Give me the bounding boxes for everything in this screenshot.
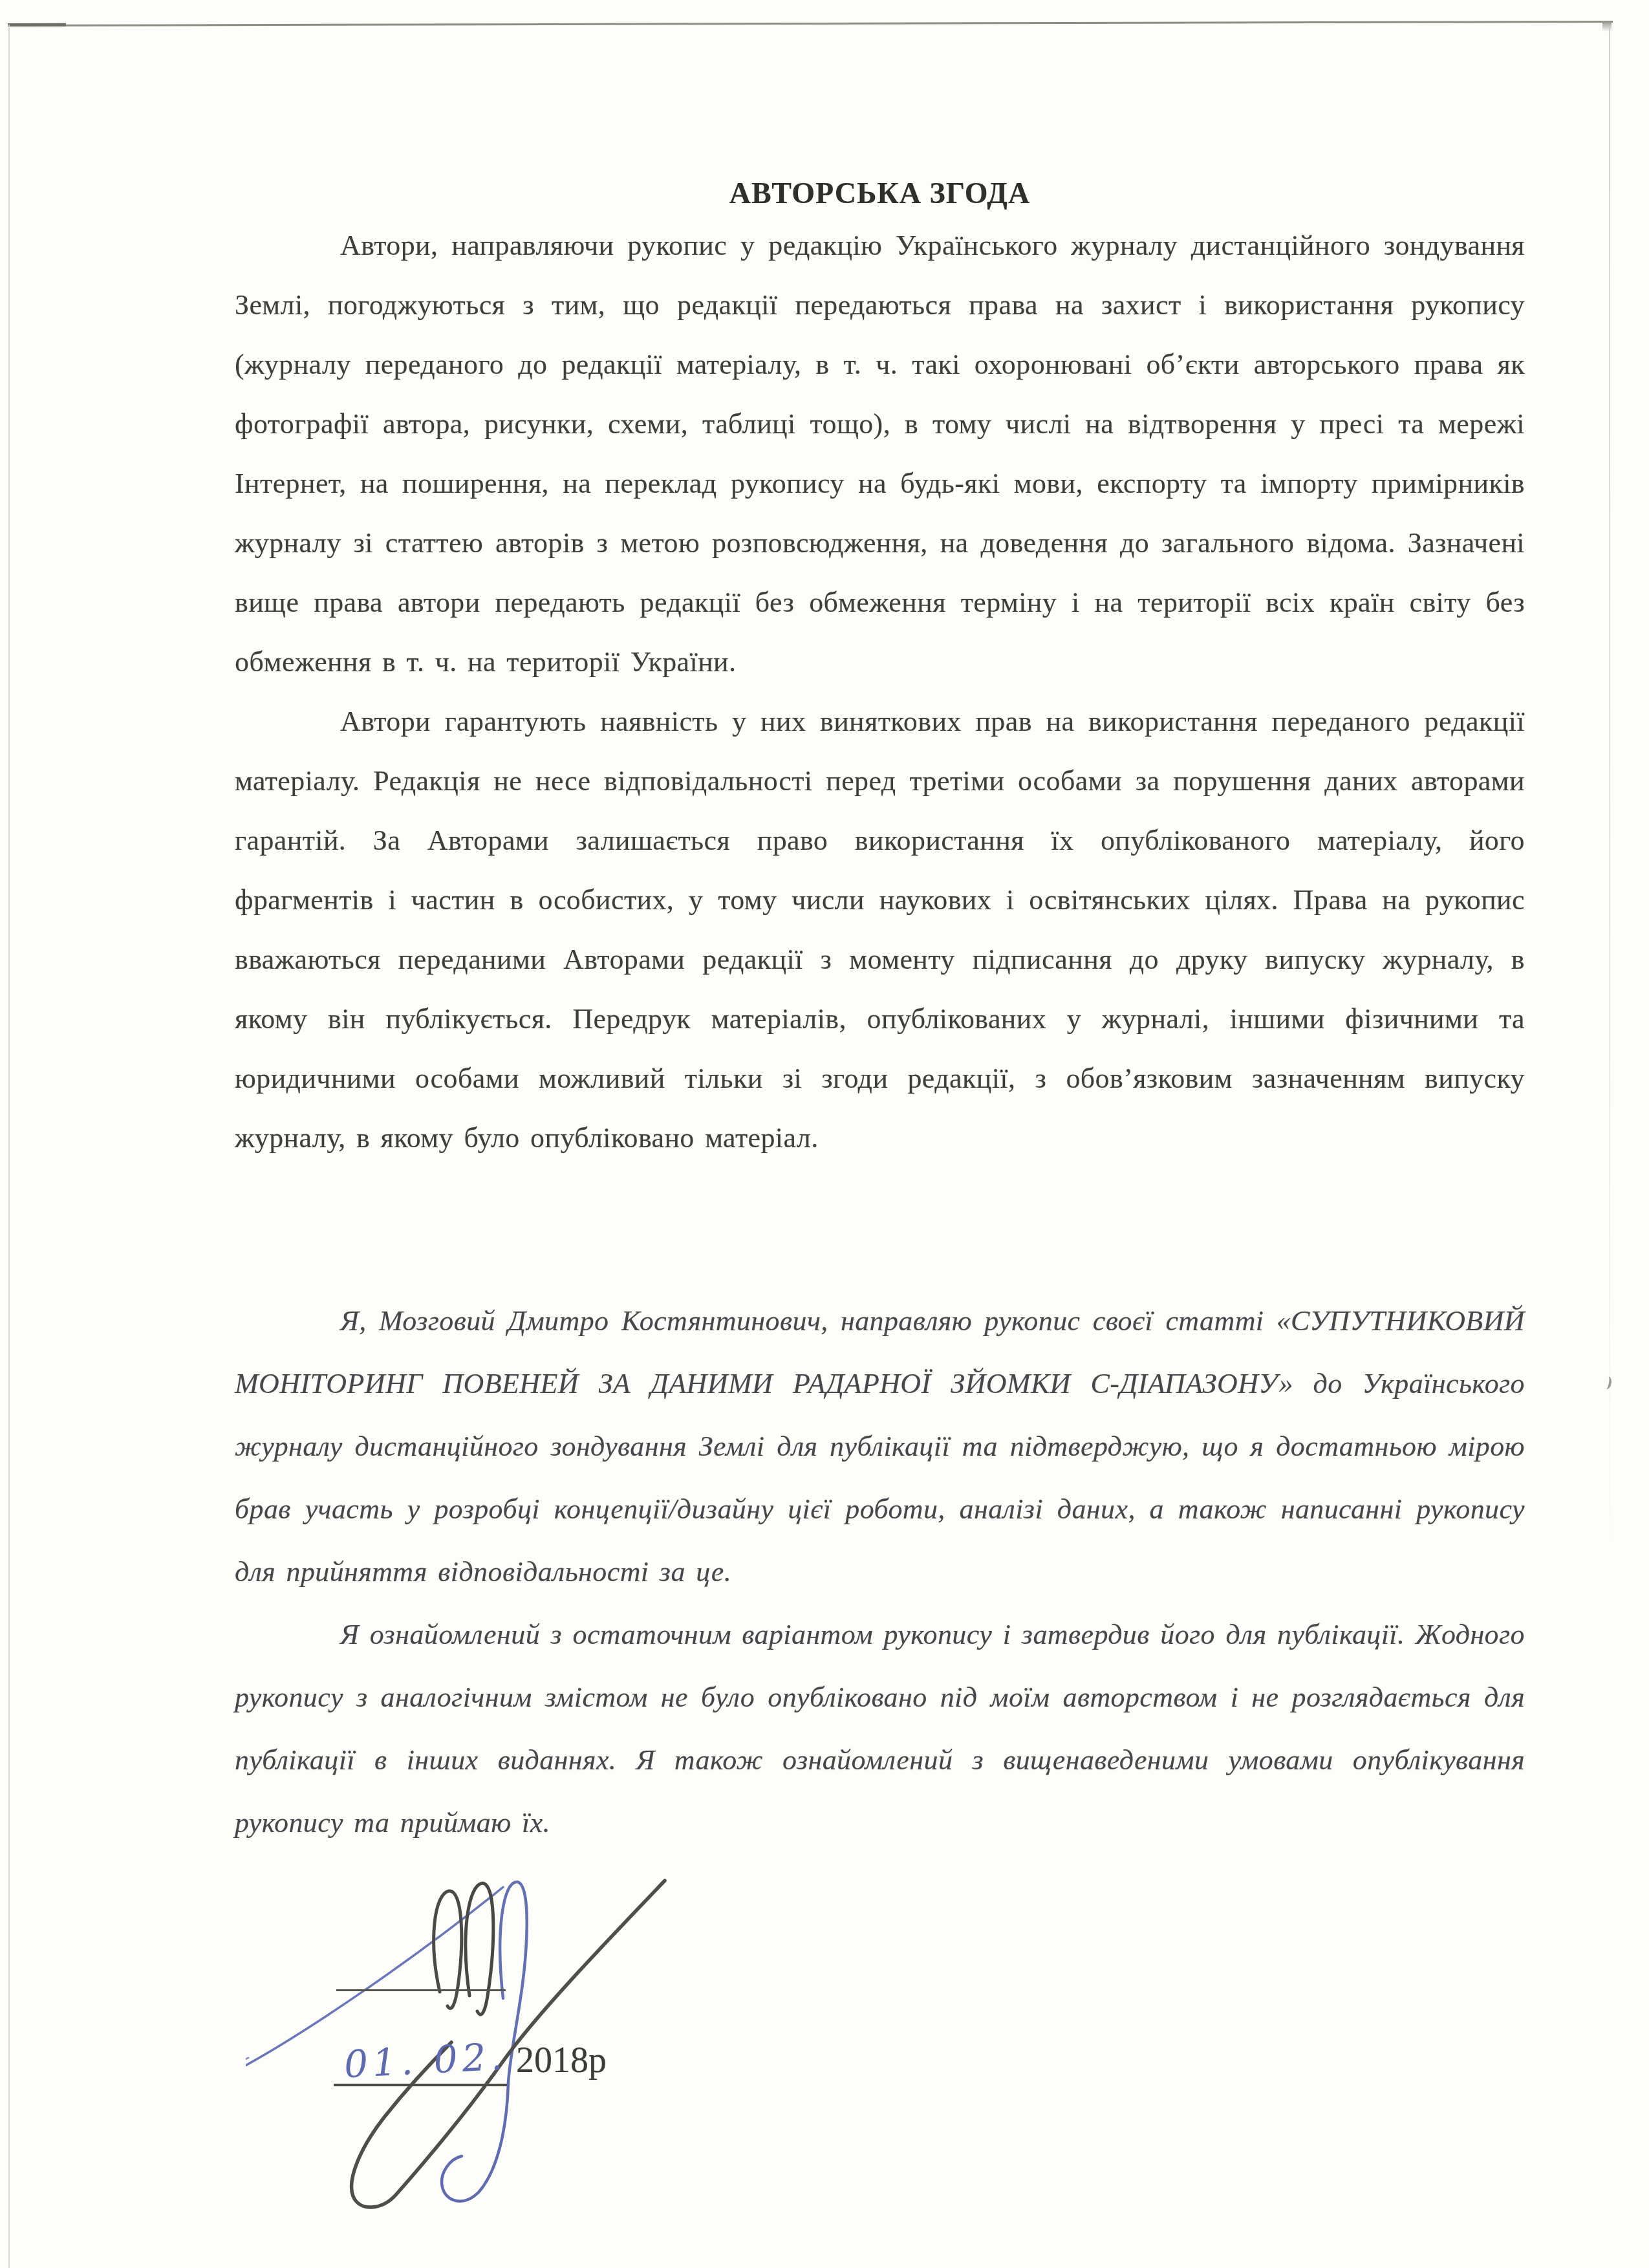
scan-edge-left-line (8, 25, 10, 2268)
scan-edge-right-line (1609, 26, 1610, 1578)
signature-line (336, 1989, 506, 1991)
terms-section: Автори, направляючи рукопис у редакцію У… (235, 216, 1525, 1168)
document-title: АВТОРСЬКА ЗГОДА (235, 176, 1525, 210)
scan-artifact-mark (1602, 1376, 1613, 1390)
handwritten-date: 01. 02. (343, 2034, 508, 2086)
scan-edge-top-line (8, 21, 1613, 27)
declaration-paragraph-2: Я ознайомлений з остаточним варіантом ру… (235, 1603, 1525, 1854)
declaration-paragraph-1: Я, Мозговий Дмитро Костянтинович, направ… (235, 1290, 1525, 1603)
scanned-page: АВТОРСЬКА ЗГОДА Автори, направляючи руко… (0, 0, 1649, 2268)
typed-year: 2018р (516, 2040, 607, 2081)
terms-paragraph-1: Автори, направляючи рукопис у редакцію У… (235, 216, 1525, 692)
author-declaration-section: Я, Мозговий Дмитро Костянтинович, направ… (235, 1290, 1525, 1854)
signature-ink (246, 1869, 776, 2221)
signature-block: 01. 02. 2018р (246, 1869, 776, 2221)
terms-paragraph-2: Автори гарантують наявність у них винятк… (235, 692, 1525, 1168)
